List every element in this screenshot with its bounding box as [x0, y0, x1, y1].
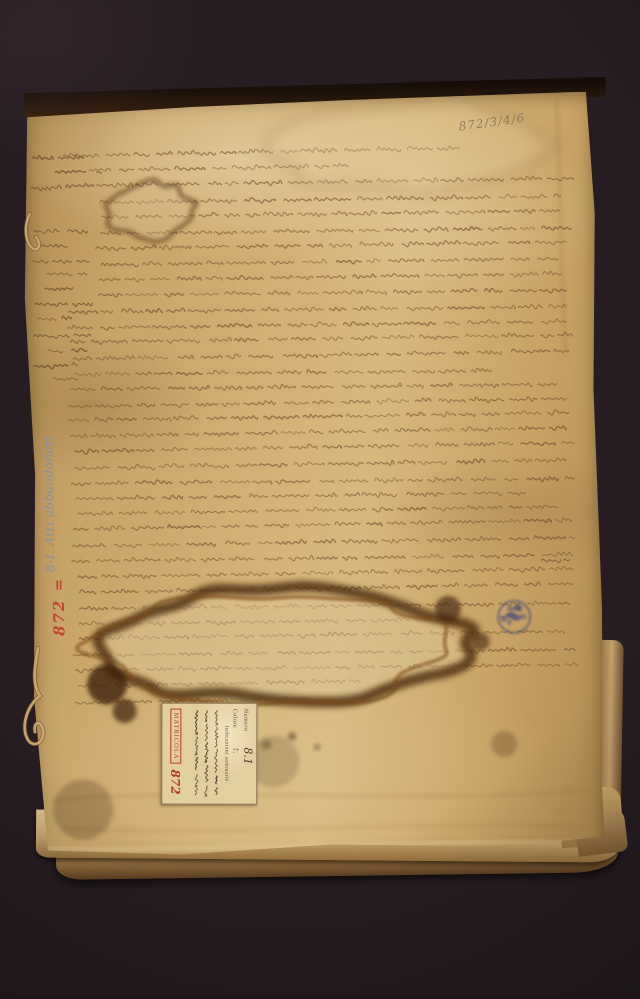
matricola-number: 872: [169, 770, 183, 795]
parchment-page: 872/3/4/6 8-I. Atti abbandonati 872 = Nu…: [20, 92, 606, 865]
label-field-colore: Colore: [231, 709, 238, 728]
label-field-numero: Numero: [241, 709, 248, 732]
red-margin-note: 872 =: [50, 577, 69, 636]
label-numero-value: 8.1: [241, 747, 254, 765]
label-colore-value: t.: [231, 748, 240, 754]
blue-margin-note: 8-I. Atti abbandonati: [41, 436, 57, 572]
photograph-of-manuscript: 872/3/4/6 8-I. Atti abbandonati 872 = Nu…: [0, 0, 640, 999]
label-row-colore: Colore t.: [231, 709, 241, 799]
matricola-label: MATRICOLA: [170, 709, 181, 764]
label-indicazioni-caption: Indicazioni sommarie: [224, 709, 230, 799]
label-handwritten-lines: [190, 709, 224, 799]
manuscript-art-svg: [20, 92, 606, 865]
label-matricola-row: MATRICOLA 872: [169, 709, 183, 799]
archive-label: Numero 8.1 Colore t. Indicazioni sommari…: [161, 703, 257, 805]
ink-stamp: [498, 601, 530, 633]
label-row-numero: Numero 8.1: [241, 709, 254, 799]
